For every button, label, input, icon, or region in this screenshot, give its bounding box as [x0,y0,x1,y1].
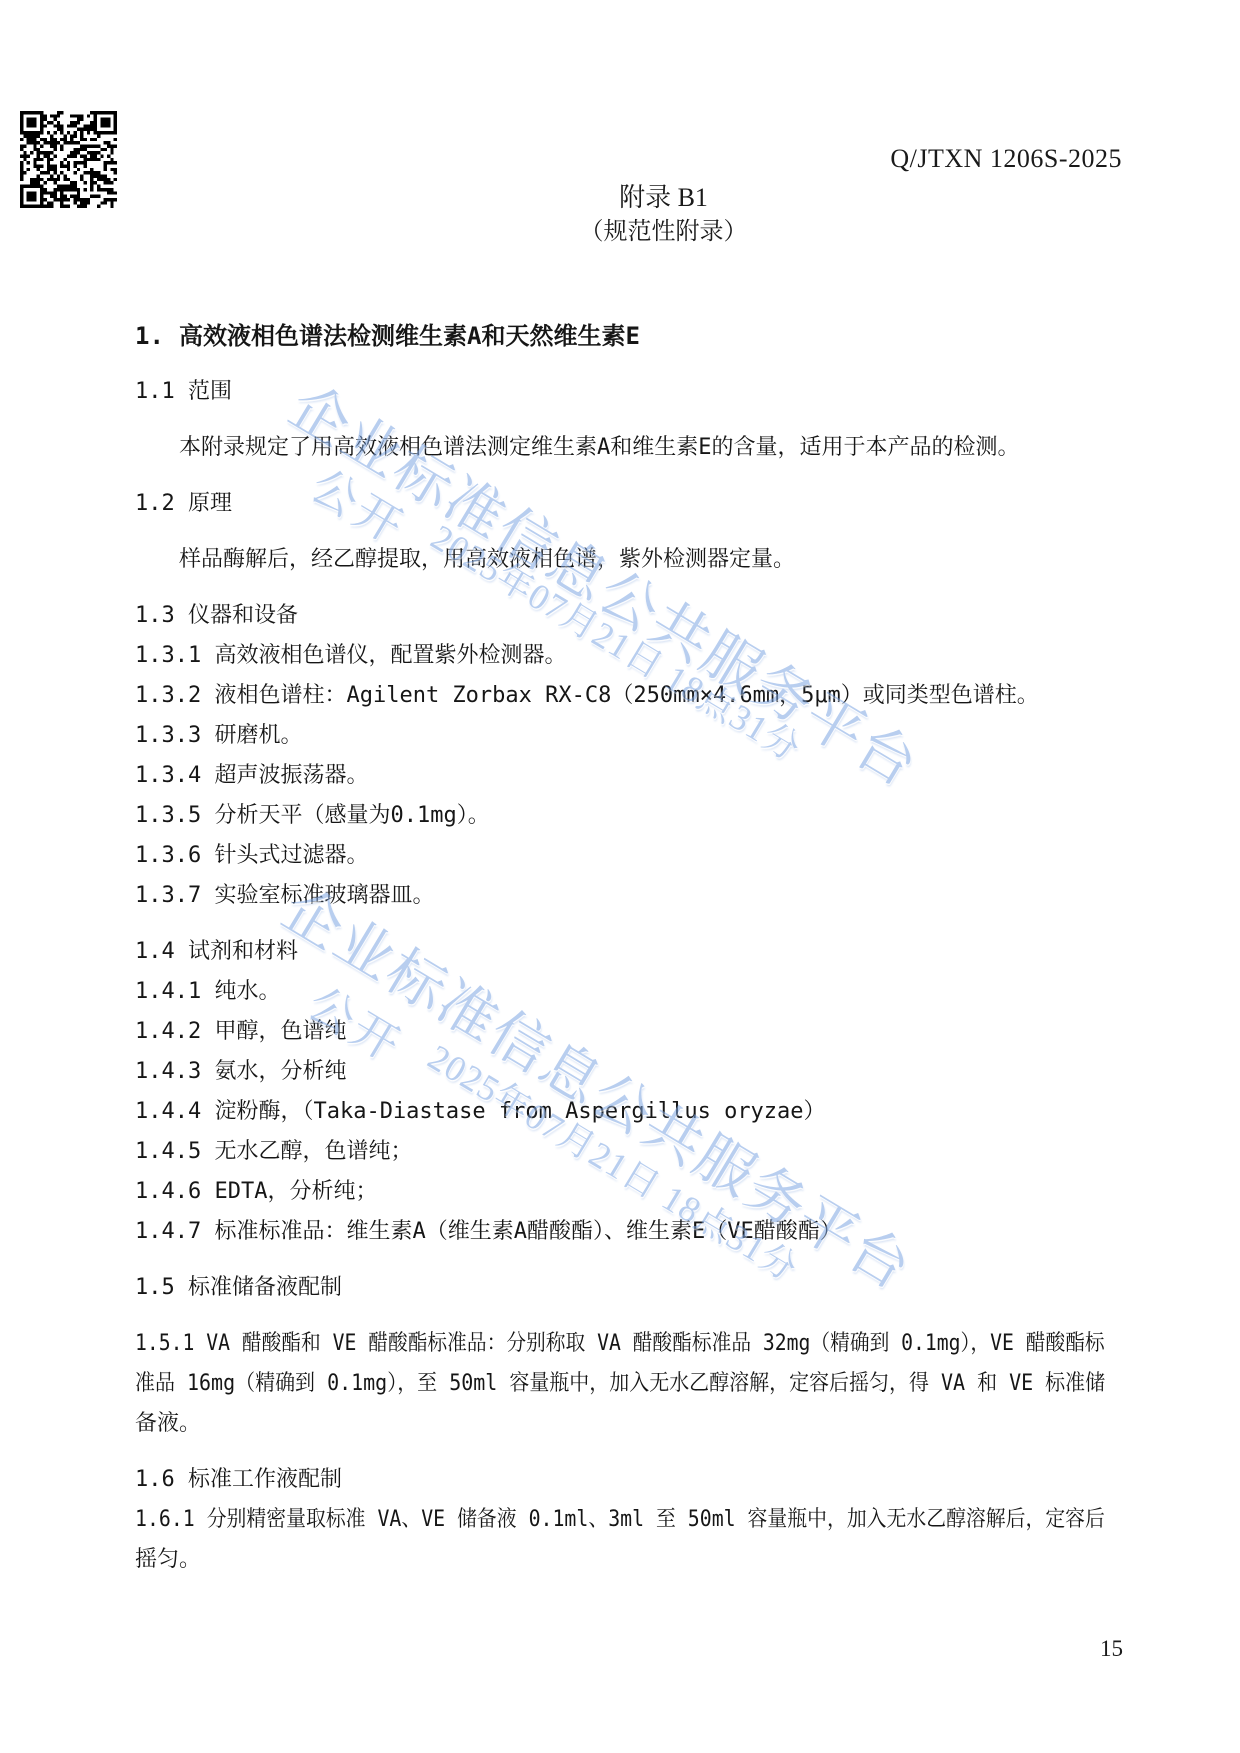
body-line: 1.3.2 液相色谱柱：Agilent Zorbax RX-C8（250mm×4… [135,676,1105,716]
body-line: 1.4.3 氨水，分析纯 [135,1052,1105,1092]
body-lines: 1.1 范围本附录规定了用高效液相色谱法测定维生素A和维生素E的含量，适用于本产… [135,372,1105,1580]
body-line: 1.2 原理 [135,484,1105,524]
body-line: 1.3.1 高效液相色谱仪，配置紫外检测器。 [135,636,1105,676]
document-body: 1.高效液相色谱法检测维生素A和天然维生素E 1.1 范围本附录规定了用高效液相… [135,316,1105,1580]
body-line: 摇匀。 [135,1540,1105,1580]
body-line: 1.3.5 分析天平（感量为0.1mg）。 [135,796,1105,836]
body-line: 本附录规定了用高效液相色谱法测定维生素A和维生素E的含量，适用于本产品的检测。 [135,428,1105,468]
body-line: 1.4.5 无水乙醇，色谱纯； [135,1132,1105,1172]
body-line: 1.3 仪器和设备 [135,596,1105,636]
body-line: 1.3.7 实验室标准玻璃器皿。 [135,876,1105,916]
body-line: 1.4 试剂和材料 [135,932,1105,972]
body-line: 备液。 [135,1404,1105,1444]
document-number: Q/JTXN 1206S-2025 [890,144,1122,174]
body-line: 1.3.4 超声波振荡器。 [135,756,1105,796]
body-line: 1.3.6 针头式过滤器。 [135,836,1105,876]
body-line: 1.4.1 纯水。 [135,972,1105,1012]
appendix-subtitle: （规范性附录） [135,216,1192,248]
body-line: 1.3.3 研磨机。 [135,716,1105,756]
body-line: 1.6 标准工作液配制 [135,1460,1105,1500]
body-line: 1.5.1 VA 醋酸酯和 VE 醋酸酯标准品：分别称取 VA 醋酸酯标准品 3… [135,1324,1005,1364]
body-line: 准品 16mg（精确到 0.1mg），至 50ml 容量瓶中，加入无水乙醇溶解，… [135,1364,1016,1404]
body-line: 1.4.4 淀粉酶，（Taka-Diastase from Aspergillu… [135,1092,1105,1132]
body-line: 1.4.2 甲醇，色谱纯 [135,1012,1105,1052]
body-line: 样品酶解后，经乙醇提取，用高效液相色谱，紫外检测器定量。 [135,540,1105,580]
appendix-title: 附录 B1 [135,182,1192,214]
body-line: 1.6.1 分别精密量取标准 VA、VE 储备液 0.1ml、3ml 至 50m… [135,1500,1010,1540]
section-title: 高效液相色谱法检测维生素A和天然维生素E [179,322,640,350]
appendix-title-block: 附录 B1 （规范性附录） [135,182,1192,248]
body-line: 1.4.7 标准标准品：维生素A（维生素A醋酸酯）、维生素E（VE醋酸酯） [135,1212,1105,1252]
body-line: 1.5 标准储备液配制 [135,1268,1105,1308]
page-number: 15 [1100,1636,1123,1662]
body-line: 1.4.6 EDTA，分析纯； [135,1172,1105,1212]
body-line: 1.1 范围 [135,372,1105,412]
section-number: 1. [135,316,179,356]
section-heading: 1.高效液相色谱法检测维生素A和天然维生素E [135,316,1105,356]
qr-code-icon [20,111,117,208]
document-page: Q/JTXN 1206S-2025 附录 B1 （规范性附录） 1.高效液相色谱… [0,0,1240,1753]
